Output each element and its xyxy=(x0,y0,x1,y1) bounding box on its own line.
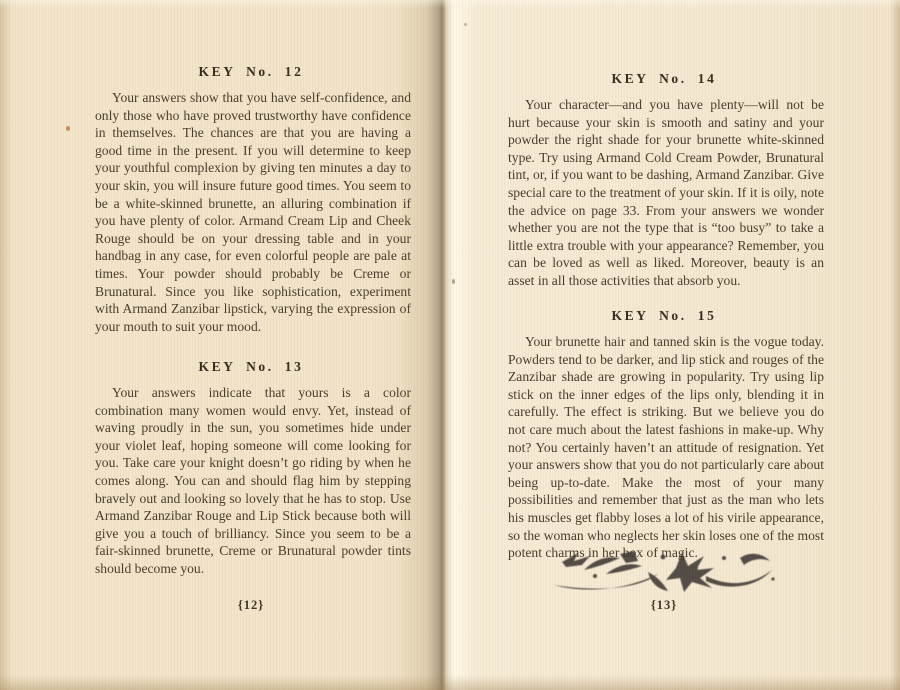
page-number-right: {13} xyxy=(508,598,820,613)
section-heading-key-13: KEY No. 13 xyxy=(95,359,407,375)
section-body-key-13: Your answers indicate that yours is a co… xyxy=(95,384,411,578)
section-heading-key-14: KEY No. 14 xyxy=(508,71,820,87)
leaf-garland-ornament-icon xyxy=(548,548,776,594)
section-body-key-15: Your brunette hair and tanned skin is th… xyxy=(508,333,824,562)
right-page: KEY No. 14 Your character—and you have p… xyxy=(446,0,900,690)
section-body-key-14: Your character—and you have plenty—will … xyxy=(508,96,824,290)
left-page: KEY No. 12 Your answers show that you ha… xyxy=(0,0,446,690)
page-number-left: {12} xyxy=(95,598,407,613)
section-heading-key-15: KEY No. 15 xyxy=(508,308,820,324)
book-spread: KEY No. 12 Your answers show that you ha… xyxy=(0,0,900,690)
section-body-key-12: Your answers show that you have self-con… xyxy=(95,89,411,335)
section-heading-key-12: KEY No. 12 xyxy=(95,64,407,80)
